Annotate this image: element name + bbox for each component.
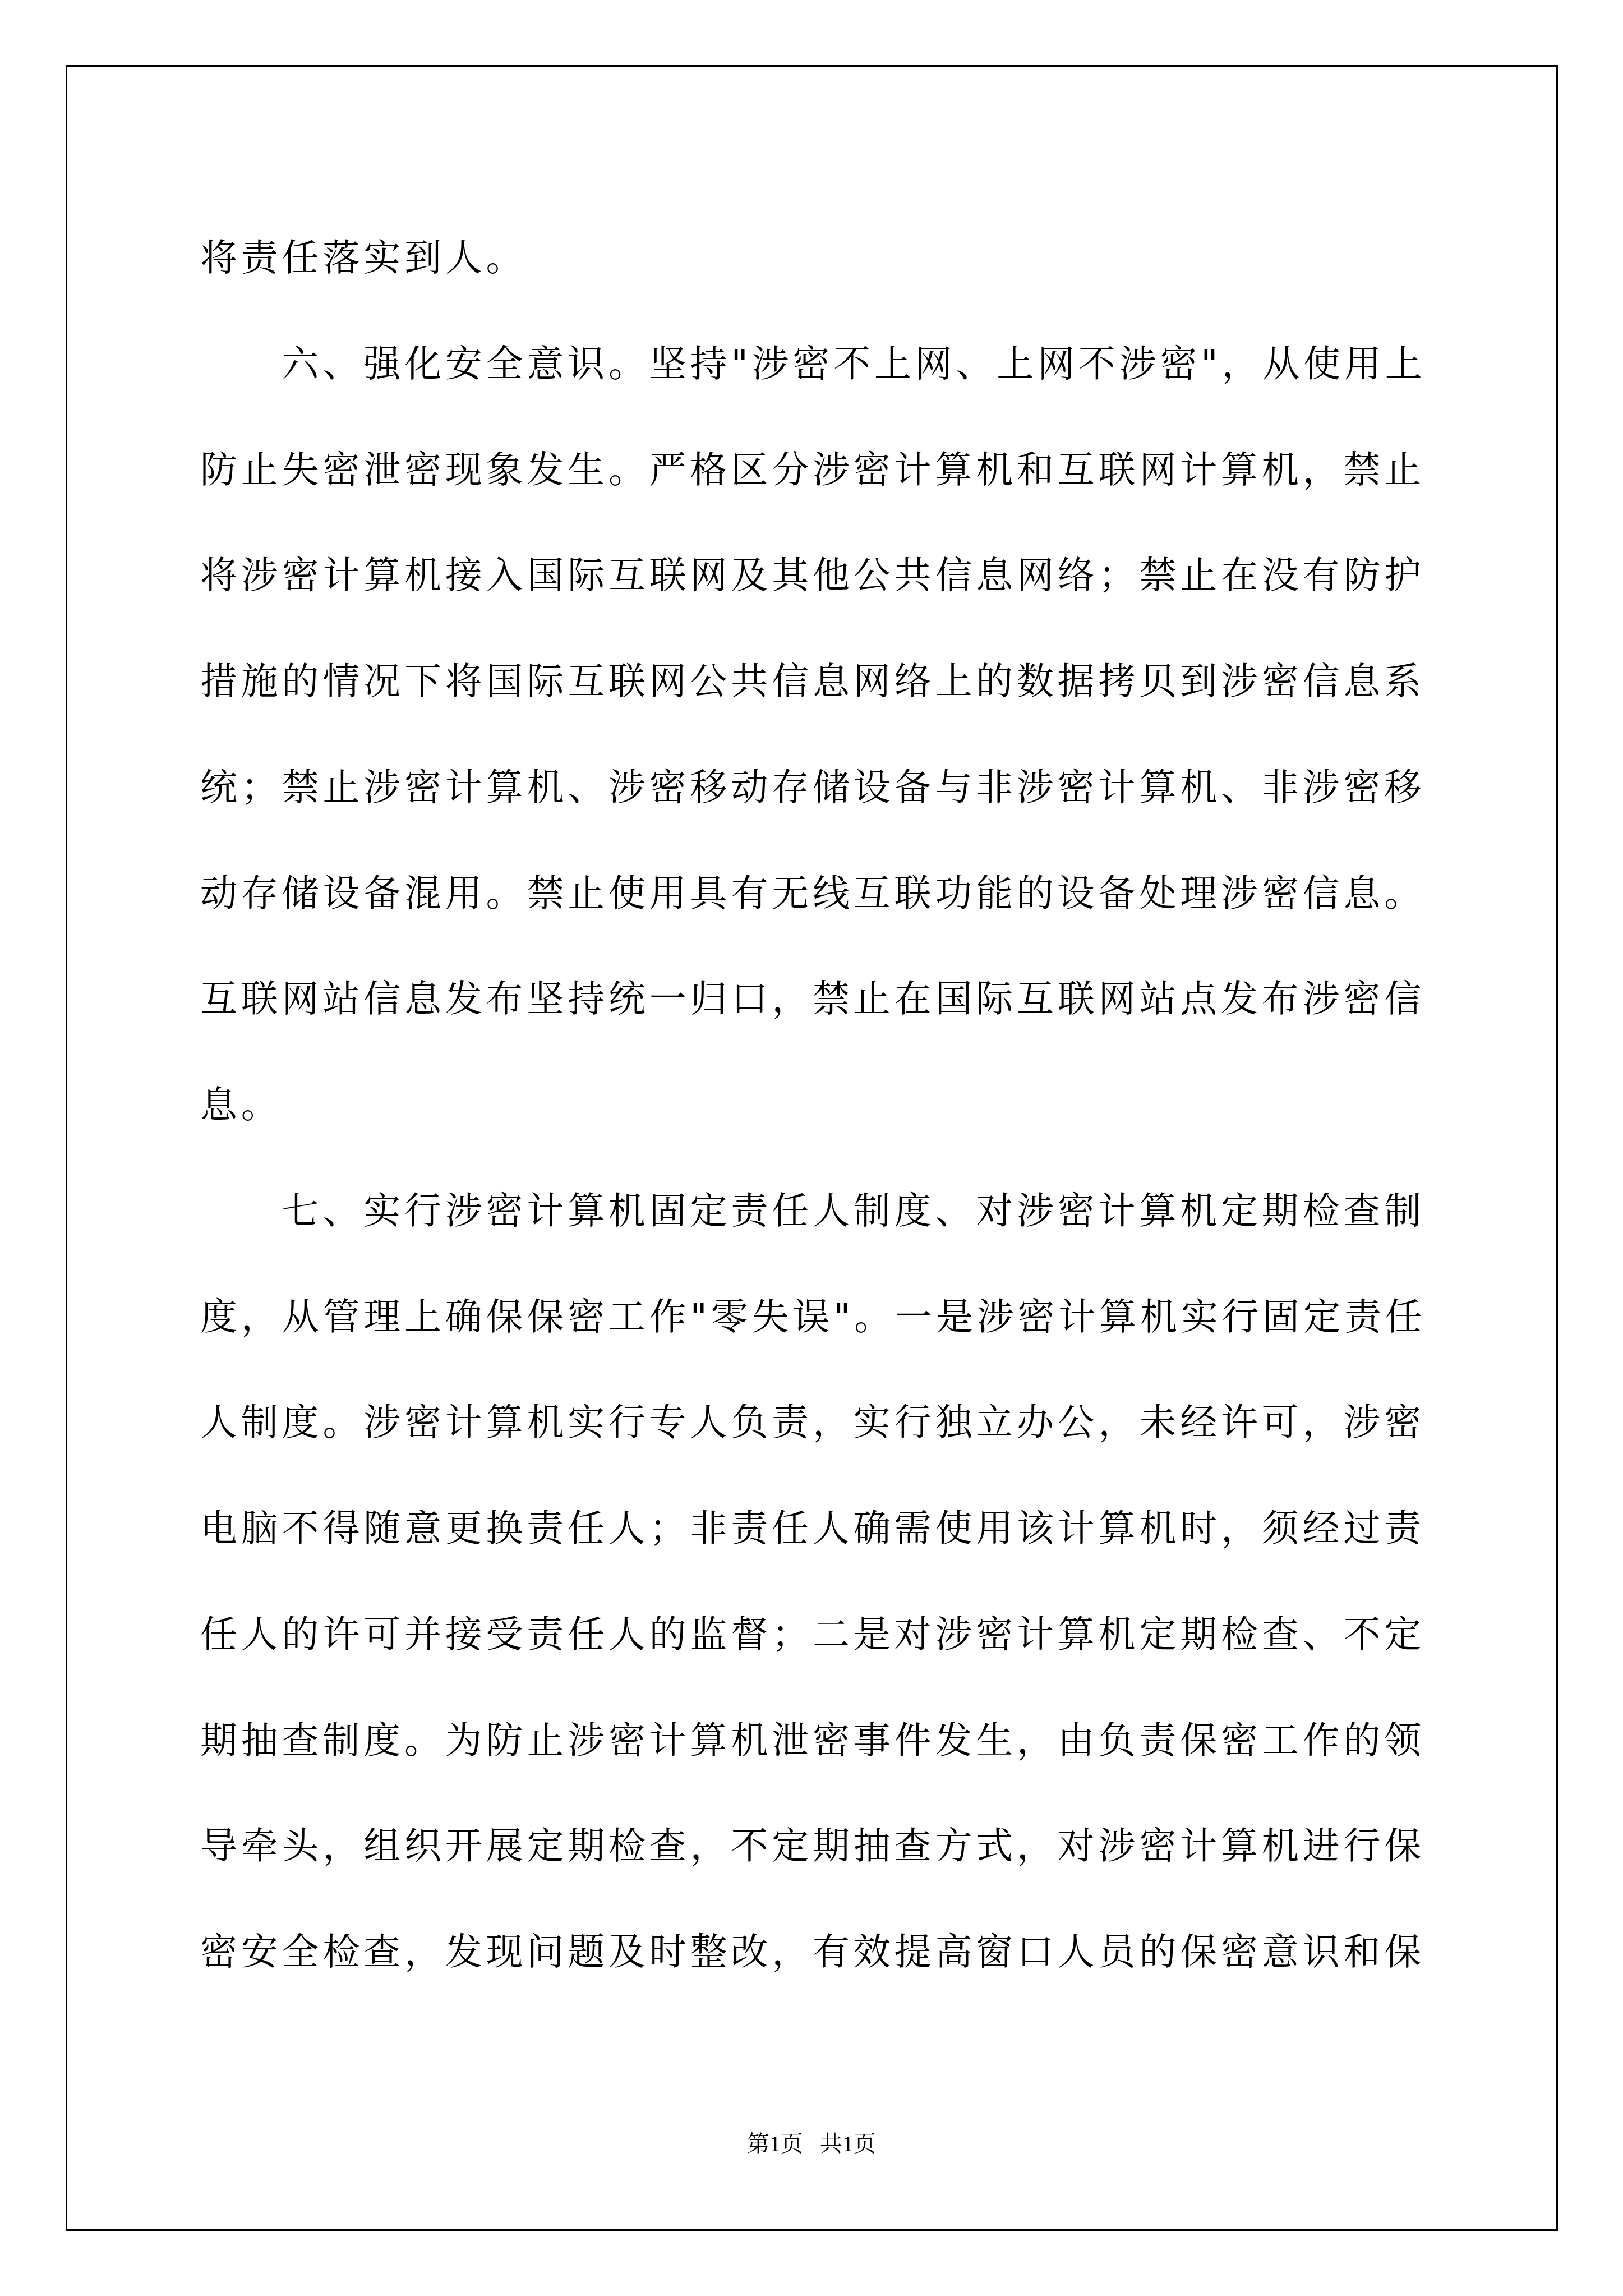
paragraph-seven-heading-line: 七、实行涉密计算机固定责任人制度、对涉密计算机定期检查制 xyxy=(200,1158,1434,1264)
document-body: 将责任落实到人。 六、强化安全意识。坚持"涉密不上网、上网不涉密"，从使用上 防… xyxy=(200,205,1434,2005)
text-line: 导牵头，组织开展定期检查，不定期抽查方式，对涉密计算机进行保 xyxy=(200,1793,1434,1899)
text-line: 将涉密计算机接入国际互联网及其他公共信息网络；禁止在没有防护 xyxy=(200,523,1434,629)
text-line: 动存储设备混用。禁止使用具有无线互联功能的设备处理涉密信息。 xyxy=(200,841,1434,947)
text-line: 任人的许可并接受责任人的监督；二是对涉密计算机定期检查、不定 xyxy=(200,1582,1434,1688)
text-line: 统；禁止涉密计算机、涉密移动存储设备与非涉密计算机、非涉密移 xyxy=(200,735,1434,841)
text-line: 期抽查制度。为防止涉密计算机泄密事件发生，由负责保密工作的领 xyxy=(200,1688,1434,1794)
text-line: 度，从管理上确保保密工作"零失误"。一是涉密计算机实行固定责任 xyxy=(200,1264,1434,1370)
text-line: 互联网站信息发布坚持统一归口，禁止在国际互联网站点发布涉密信 xyxy=(200,946,1434,1052)
text-line: 将责任落实到人。 xyxy=(200,205,1434,311)
text-line: 密安全检查，发现问题及时整改，有效提高窗口人员的保密意识和保 xyxy=(200,1899,1434,2005)
text-line: 息。 xyxy=(200,1052,1434,1158)
text-line: 人制度。涉密计算机实行专人负责，实行独立办公，未经许可，涉密 xyxy=(200,1370,1434,1476)
text-line: 措施的情况下将国际互联网公共信息网络上的数据拷贝到涉密信息系 xyxy=(200,629,1434,735)
page-number-footer: 第1页 共1页 xyxy=(0,2129,1623,2159)
text-line: 电脑不得随意更换责任人；非责任人确需使用该计算机时，须经过责 xyxy=(200,1476,1434,1582)
text-line: 防止失密泄密现象发生。严格区分涉密计算机和互联网计算机，禁止 xyxy=(200,417,1434,523)
paragraph-six-heading-line: 六、强化安全意识。坚持"涉密不上网、上网不涉密"，从使用上 xyxy=(200,311,1434,417)
